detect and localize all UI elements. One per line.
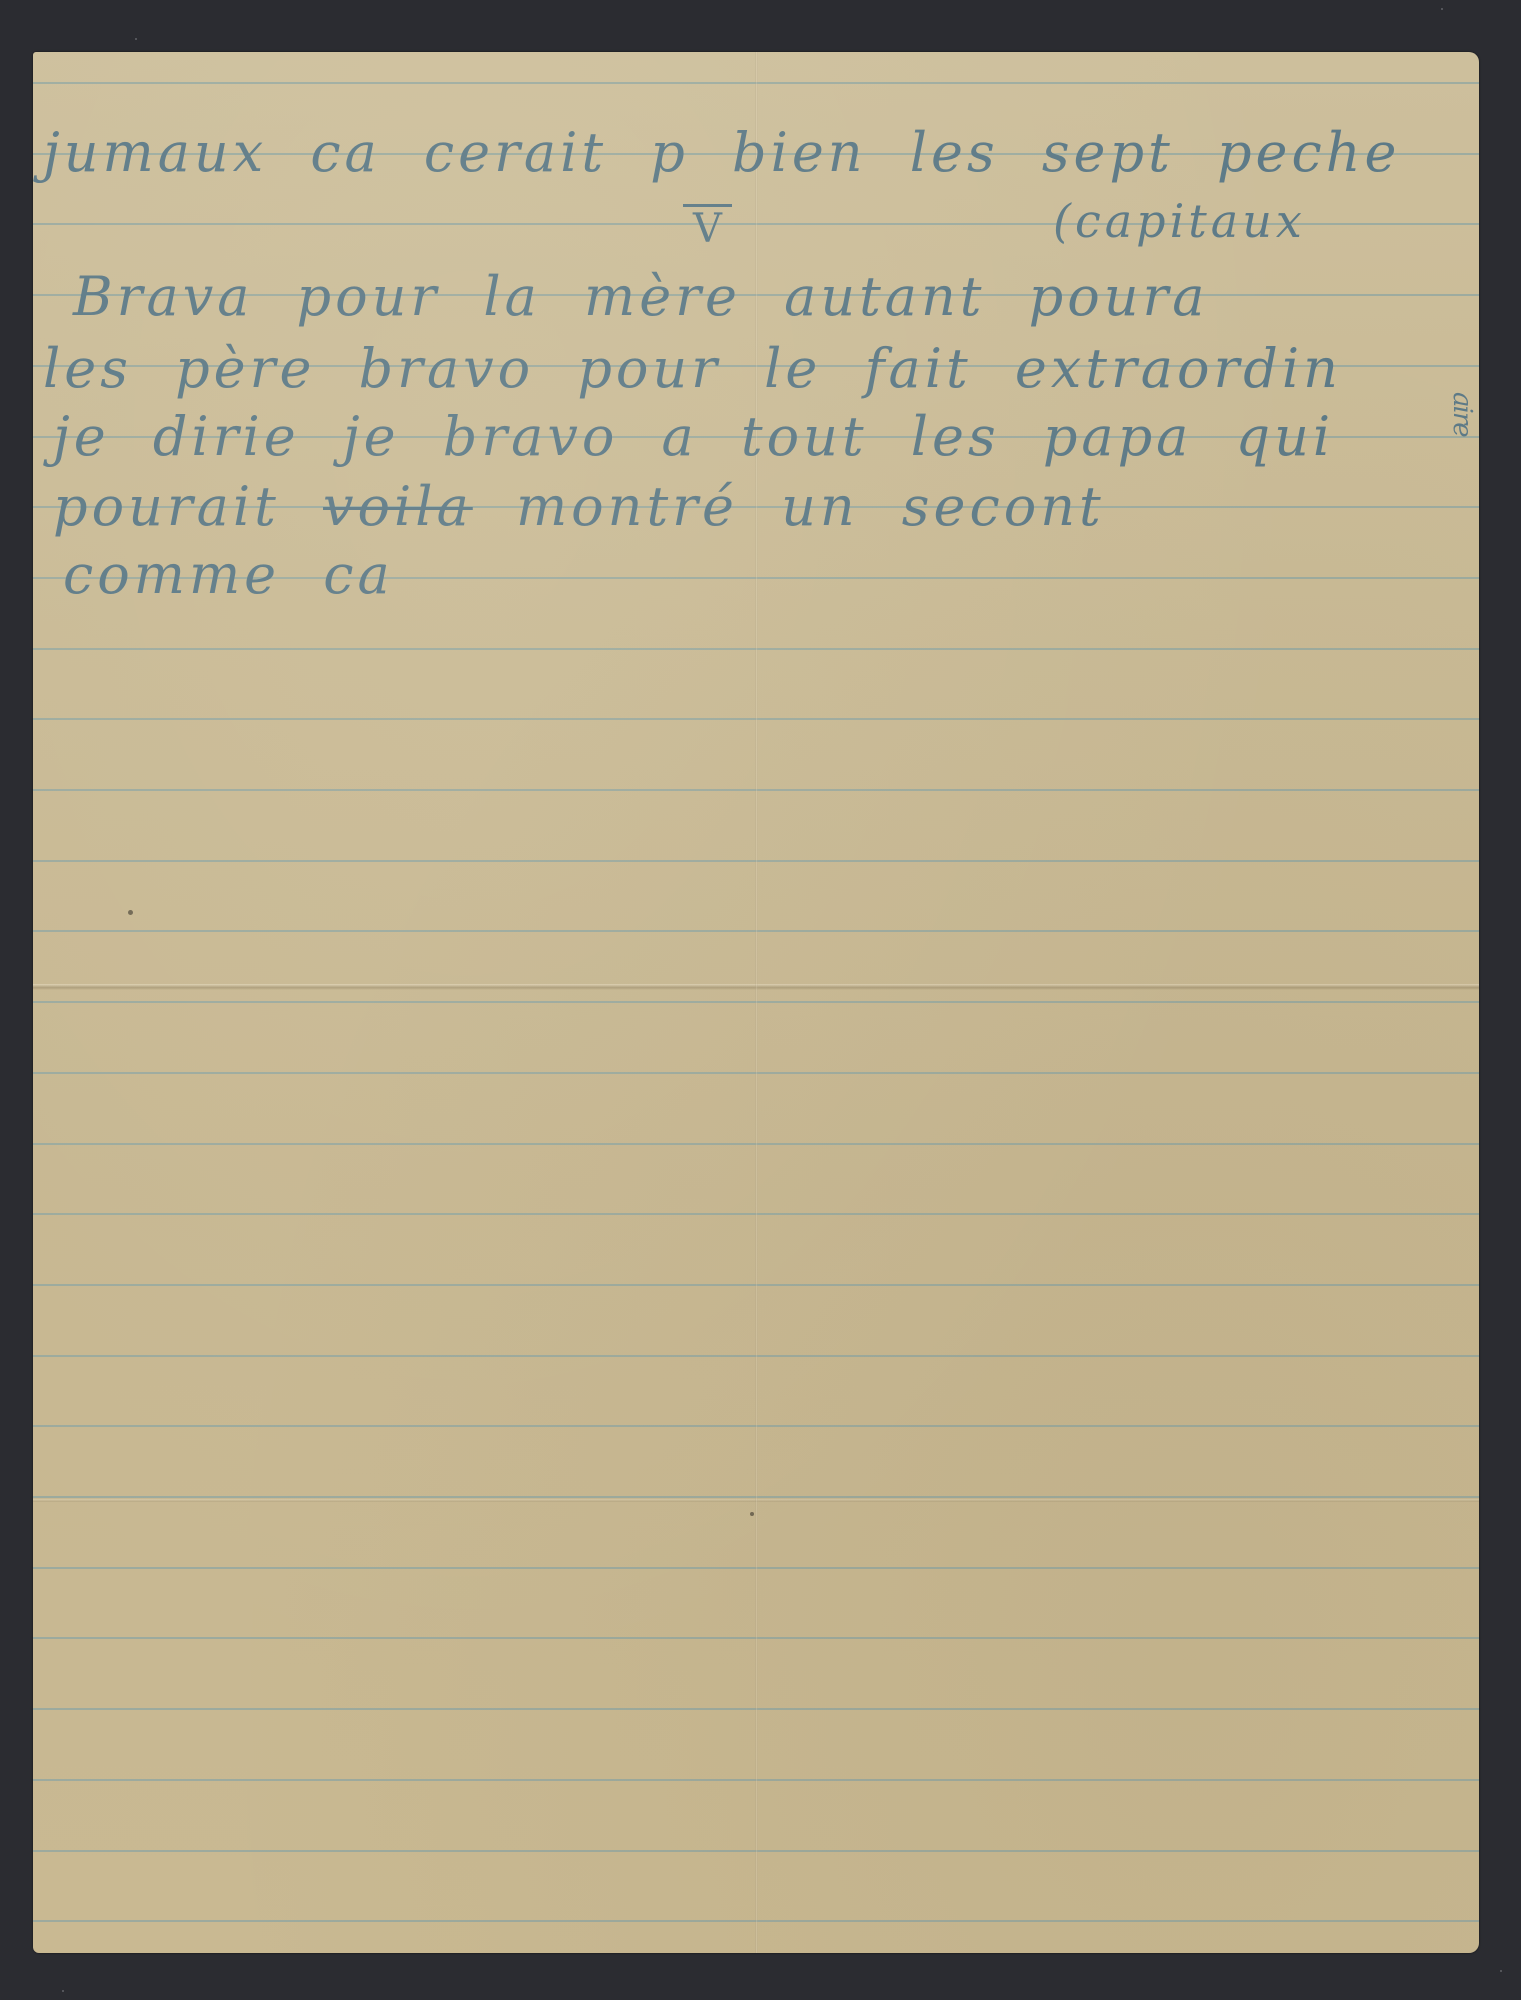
- line-text: je dirie je bravo a tout les papa qui: [53, 410, 1334, 464]
- line-text-after: montré un secont: [516, 480, 1105, 534]
- backdrop-speck: [1500, 1970, 1502, 1972]
- backdrop-speck: [135, 38, 137, 40]
- ink-spot: [128, 910, 133, 915]
- letter-page: jumaux ca cerait p bien les sept peche V…: [33, 52, 1479, 1953]
- backdrop-speck: [1441, 8, 1443, 10]
- note-text: (capitaux: [1053, 198, 1306, 244]
- handwriting-line-7: comme ca: [63, 548, 394, 602]
- handwriting-line-4: les père bravo pour le fait extraordin: [43, 342, 1342, 396]
- margin-continuation: aire: [1447, 392, 1477, 436]
- handwriting-line-3: Brava pour la mère autant poura: [73, 270, 1209, 324]
- line-text: Brava pour la mère autant poura: [73, 270, 1209, 324]
- capitaux-note: (capitaux: [1053, 198, 1306, 244]
- line-text: jumaux ca cerait p bien les sept peche: [43, 126, 1400, 180]
- line-text: les père bravo pour le fait extraordin: [43, 342, 1342, 396]
- ink-spot: [750, 1512, 754, 1516]
- struck-word: voila: [323, 480, 473, 534]
- handwriting-line-5: je dirie je bravo a tout les papa qui: [53, 410, 1334, 464]
- section-numeral: V: [683, 204, 732, 251]
- line-text-before: pourait: [53, 480, 280, 534]
- backdrop-speck: [62, 1990, 64, 1992]
- handwriting-line-1: jumaux ca cerait p bien les sept peche: [43, 126, 1400, 180]
- handwriting-line-6: pourait voila montré un secont: [53, 480, 1105, 534]
- line-text: comme ca: [63, 548, 394, 602]
